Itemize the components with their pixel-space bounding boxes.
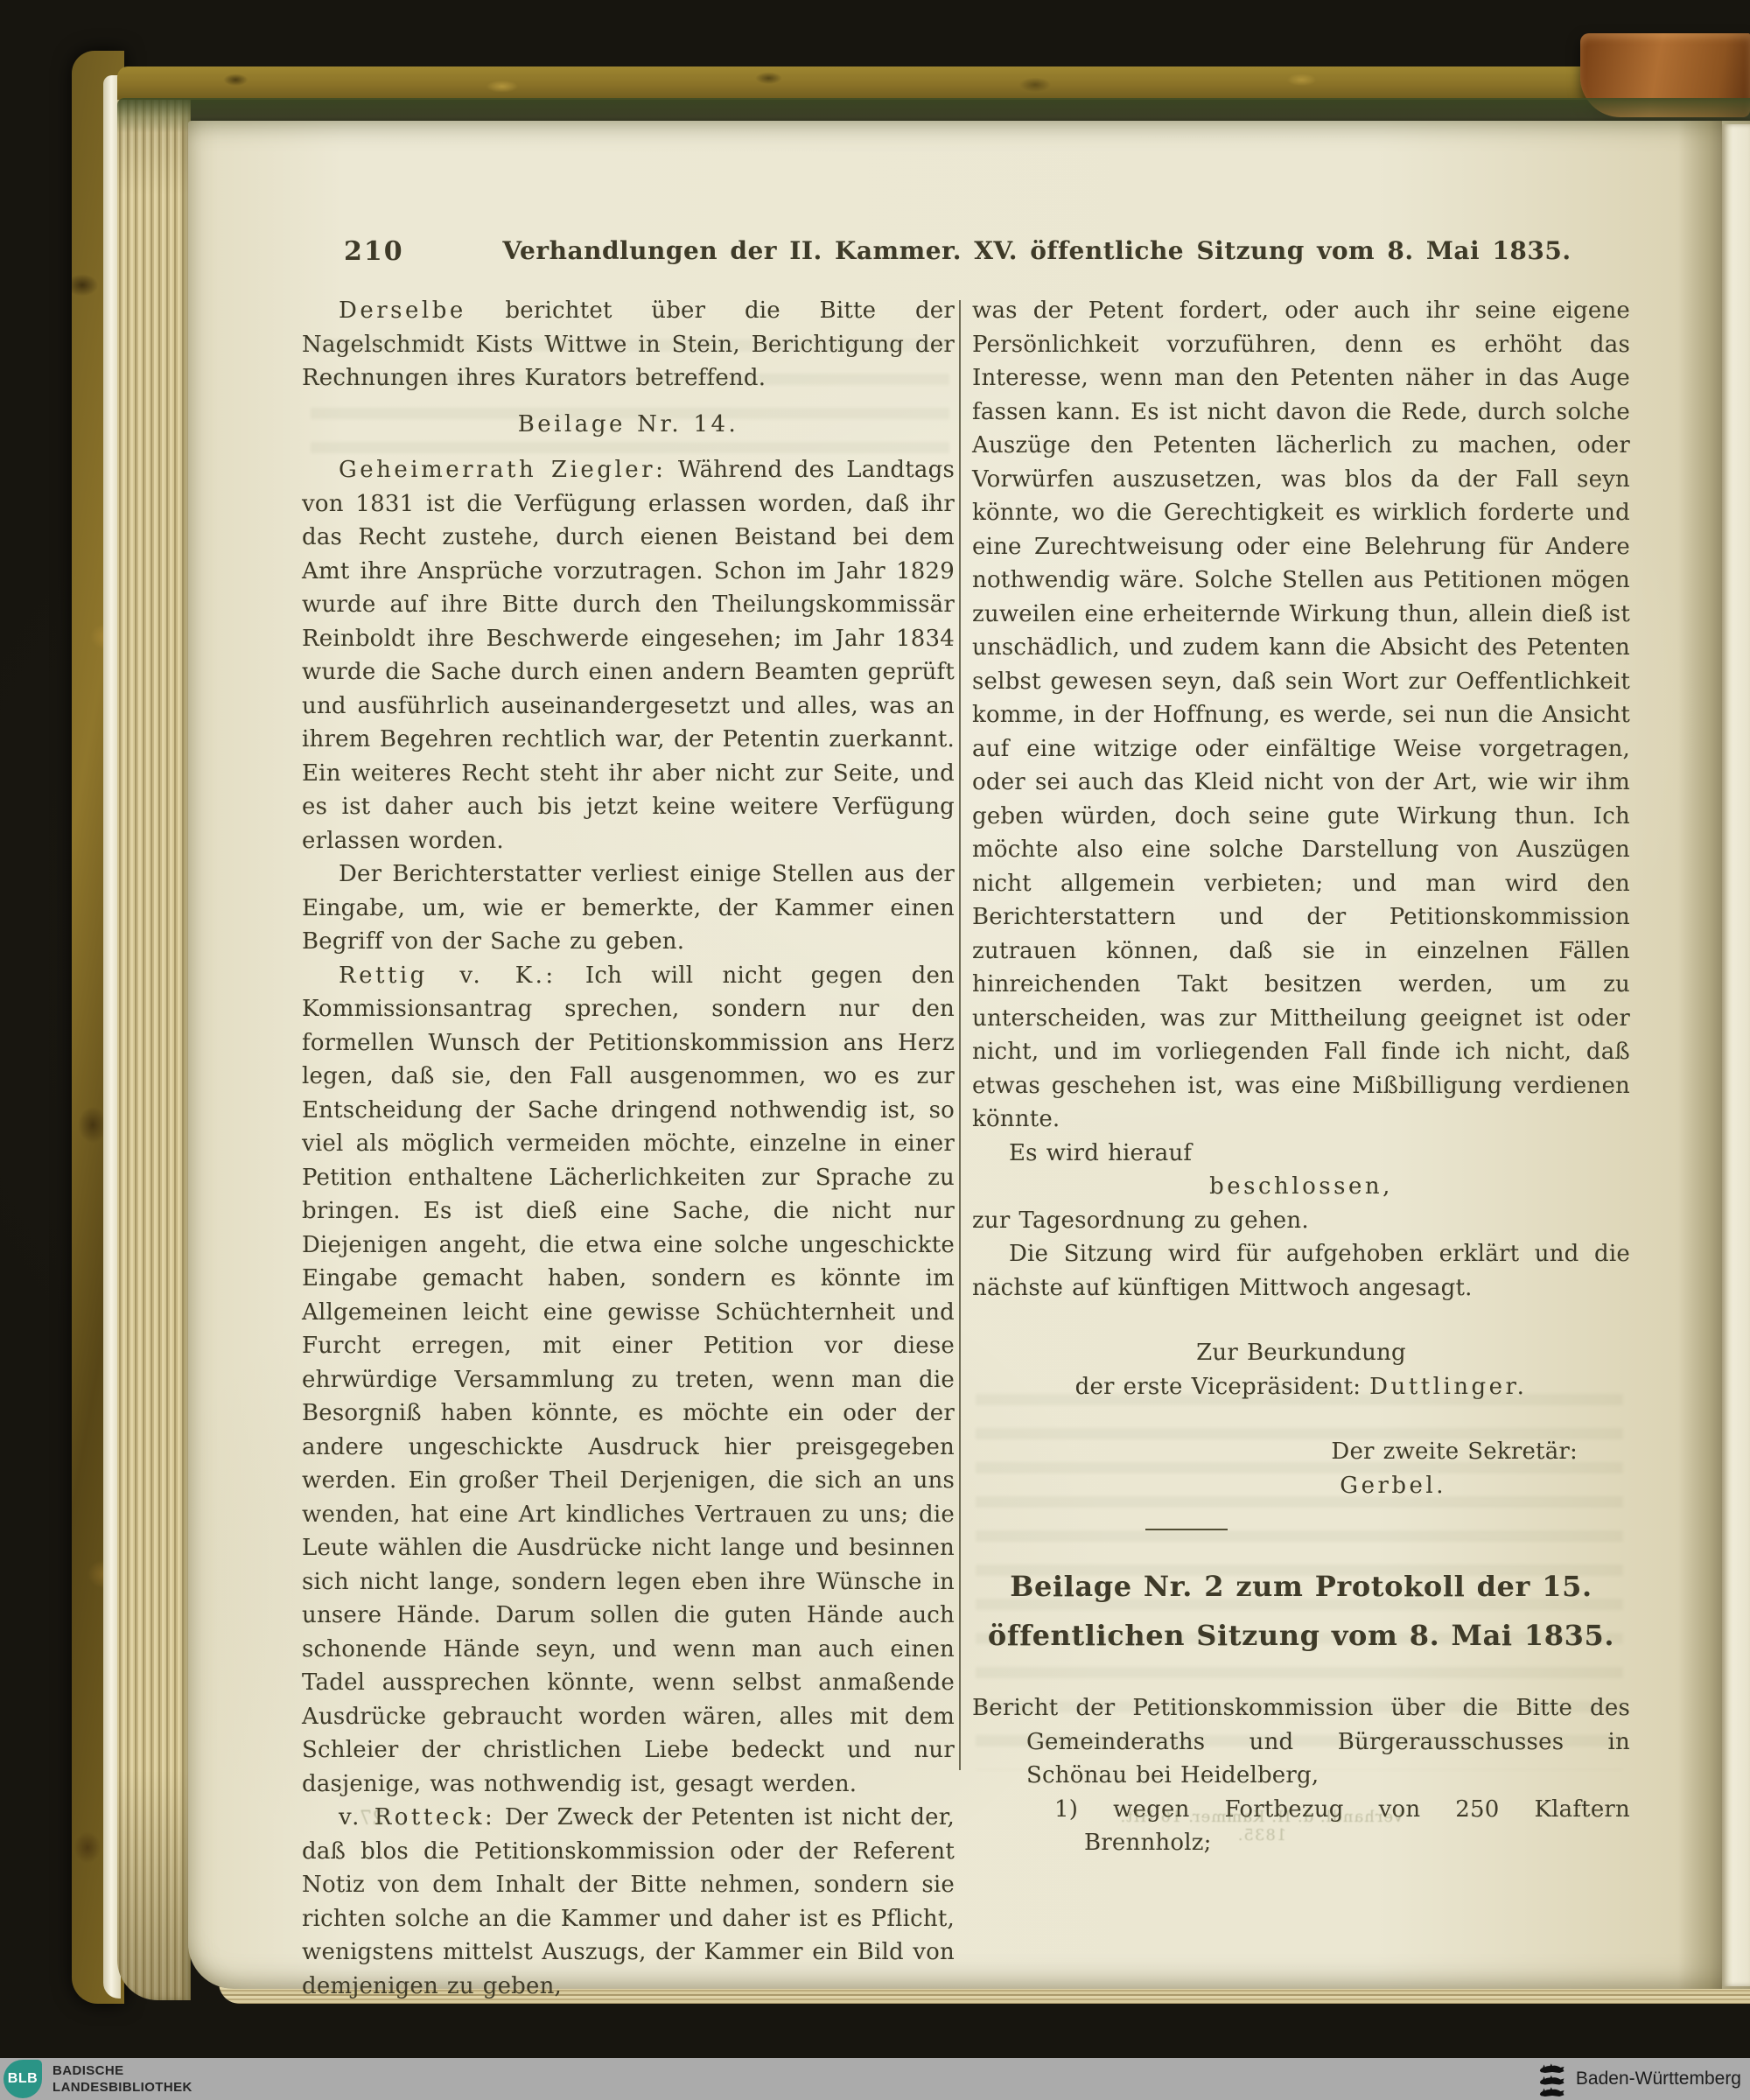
blb-logo: BLB [3, 2060, 42, 2098]
paragraph: Bericht der Petitionskommission über die… [972, 1691, 1630, 1793]
paragraph: Geheimerrath Ziegler: Während des Landta… [302, 453, 955, 857]
paragraph: Die Sitzung wird für aufgehoben erklärt … [972, 1237, 1630, 1305]
paragraph: zur Tagesordnung zu gehen. [972, 1204, 1630, 1238]
page-content: 210 Verhandlungen der II. Kammer. XV. öf… [188, 121, 1750, 1989]
paragraph: Beilage Nr. 2 zum Protokoll der 15. öffe… [972, 1562, 1630, 1660]
running-header: 210 Verhandlungen der II. Kammer. XV. öf… [188, 236, 1750, 275]
state-name: Baden-Württemberg [1576, 2068, 1741, 2089]
page-edge-stack-top [117, 66, 1598, 100]
paragraph: Beilage Nr. 14. [302, 408, 955, 442]
paragraph: Gerbel. [972, 1469, 1630, 1503]
column-divider-rule [959, 300, 961, 1770]
scan-viewer: { "header": { "page_number": "210", "tit… [0, 0, 1750, 2100]
paragraph: Der Berichterstatter verliest einige Ste… [302, 857, 955, 959]
library-name: BADISCHE LANDESBIBLIOTHEK [52, 2062, 192, 2096]
paragraph: der erste Vicepräsident: Duttlinger. [972, 1370, 1630, 1404]
bleed-through-imprint: Verhandl. d. II. Kammer. 16 Hft. 1835. [1117, 1808, 1406, 1844]
right-text-column: was der Petent fordert, oder auch ihr se… [972, 294, 1630, 1860]
left-text-column: Derselbe berichtet über die Bitte der Na… [302, 294, 955, 2003]
blb-logo-text: BLB [8, 2071, 38, 2087]
separator-rule [1145, 1529, 1228, 1530]
running-title: Verhandlungen der II. Kammer. XV. öffent… [451, 236, 1623, 265]
library-footer-bar: BLB BADISCHE LANDESBIBLIOTHEK Baden-Würt… [0, 2058, 1750, 2100]
bleed-through-page-mark: 27 [360, 1808, 384, 1830]
paragraph: Der zweite Sekretär: [972, 1435, 1630, 1469]
page-edge-stack-left [117, 80, 191, 2000]
paragraph: Rettig v. K.: Ich will nicht gegen den K… [302, 959, 955, 1802]
library-name-line1: BADISCHE [52, 2062, 192, 2079]
paragraph: v. Rotteck: Der Zweck der Petenten ist n… [302, 1801, 955, 2003]
paragraph: Derselbe berichtet über die Bitte der Na… [302, 294, 955, 395]
library-name-line2: LANDESBIBLIOTHEK [52, 2079, 192, 2096]
paragraph: beschlossen, [972, 1170, 1630, 1204]
paragraph: Zur Beurkundung [972, 1336, 1630, 1370]
paragraph: Es wird hierauf [972, 1137, 1630, 1171]
baden-wuerttemberg-lions-icon [1537, 2061, 1567, 2096]
page-number: 210 [344, 236, 404, 267]
state-brand: Baden-Württemberg [1537, 2058, 1741, 2100]
paragraph: was der Petent fordert, oder auch ihr se… [972, 294, 1630, 1137]
